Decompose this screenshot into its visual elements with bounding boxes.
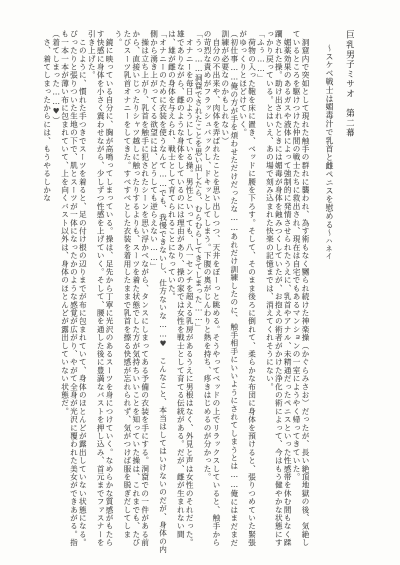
text-paragraph: 「ふぅ……」 <box>256 30 265 554</box>
text-paragraph: 荷物の入った鞄を床に置き、ベッドに腰を下ろす。そして、そのまま後ろに倒れて、柔ら… <box>238 30 256 554</box>
page-subtitle: 〜スケベ戦士は媚毒汁で乳首と雌ペニスを慰める〜ハネイ <box>324 30 334 554</box>
vertical-text-area: 巨乳男子ミサオ 第二幕 〜スケベ戦士は媚毒汁で乳首と雌ペニスを慰める〜ハネイ 洞… <box>6 30 354 554</box>
text-paragraph: このように、慣れた手つきでスーツを着ると、足の付け根の辺りまでが布に包まれていて… <box>60 30 87 554</box>
subtitle-text: 〜スケベ戦士は媚毒汁で乳首と雌ペニスを慰める〜 <box>325 44 334 237</box>
text-paragraph: 自分の不出来や、肉体を弄ばれたことを思い出しつつ、天井をぼーっと眺める。そうやっ… <box>202 30 220 554</box>
text-paragraph: オナニーを毎日のようにしている操。男性といっても、八一センチを超える乳房があるう… <box>167 30 194 554</box>
text-paragraph: 洞窟内で突如として現れた触手の群れに襲われ、為す術もなく嬲られ続けた神楽操（かぐ… <box>291 30 309 554</box>
text-paragraph: 「オナニーのために衣装を使うなんて……でも、我慢できないし、仕方ないな……♥ こ… <box>149 30 167 554</box>
text-paragraph: 媚薬効果のあるガスや液体によって強制的に発情させられたうえに、乳首やアナル、未精… <box>264 30 291 554</box>
text-paragraph: （着てしまった……♥） <box>51 30 60 554</box>
text-paragraph: さ、着てしまったからには、もうやるしかな <box>42 30 51 554</box>
text-paragraph: 操は立ち上がり、乳首を触手に犯されたシーンを思い浮かべながら、タンスにしまってあ… <box>113 30 149 554</box>
scanned-novel-page: 巨乳男子ミサオ 第二幕 〜スケベ戦士は媚毒汁で乳首と雌ペニスを慰める〜ハネイ 洞… <box>0 0 400 565</box>
text-paragraph: 鏡に映っている自分に、胸が高鳴ってしまっている。操は、足先から丁寧に光沢のあるス… <box>86 30 113 554</box>
text-paragraph: 「うっ……洞窟でされたことを思い出したら、むらむらしてきてしまった……」 <box>193 30 202 554</box>
author-name: ハネイ <box>325 237 333 260</box>
text-paragraph: （初仕事……俺の方が手を煩わせただけだったな……あれだけ訓練したのに、触手相手に… <box>220 30 238 554</box>
page-title: 巨乳男子ミサオ 第二幕 <box>343 30 354 554</box>
